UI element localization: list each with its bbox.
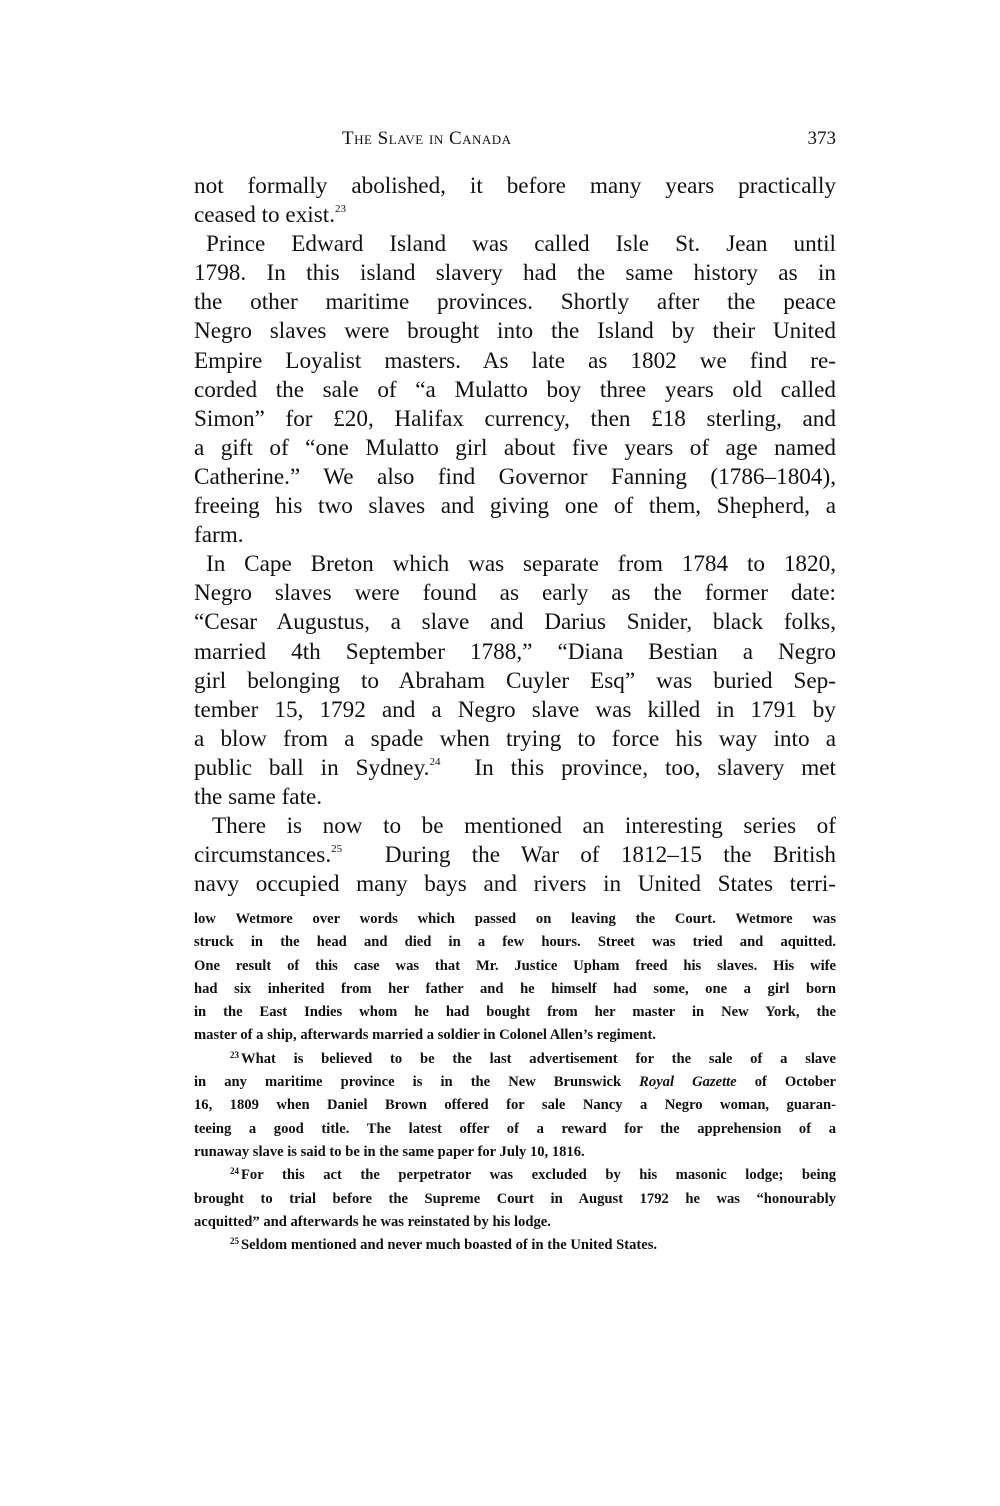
text-segment: circumstances. — [194, 842, 331, 868]
text-segment: During the War of 1812–15 the British — [385, 842, 836, 868]
footnote-line: runaway slave is said to be in the same … — [194, 1141, 836, 1164]
text-line: Negro slaves were brought into the Islan… — [194, 317, 836, 346]
footnote-line: brought to trial before the Supreme Cour… — [194, 1188, 836, 1211]
footnote-marker: 25 — [230, 1236, 239, 1246]
text-line: Negro slaves were found as early as the … — [194, 579, 836, 608]
footnote-continued: low Wetmore over words which passed on l… — [194, 908, 836, 1048]
paragraph: not formally abolished, it before many y… — [194, 172, 836, 230]
footnote-line: teeing a good title. The latest offer of… — [194, 1118, 836, 1141]
text-line: tember 15, 1792 and a Negro slave was ki… — [194, 696, 836, 725]
footnotes: low Wetmore over words which passed on l… — [194, 908, 836, 1257]
text-segment: Seldom mentioned and never much boasted … — [241, 1237, 657, 1253]
footnote-line: 25Seldom mentioned and never much boaste… — [194, 1234, 836, 1257]
footnote-line: in any maritime province is in the New B… — [194, 1071, 836, 1094]
paragraph: There is now to be mentioned an interest… — [194, 812, 836, 899]
text-segment: For this act the perpetrator was exclude… — [241, 1167, 836, 1183]
paragraph: Prince Edward Island was called Isle St.… — [194, 230, 836, 550]
footnote-line: struck in the head and died in a few hou… — [194, 931, 836, 954]
text-line: navy occupied many bays and rivers in Un… — [194, 870, 836, 899]
text-line: the same fate. — [194, 783, 836, 812]
footnote-line: 24For this act the perpetrator was exclu… — [194, 1164, 836, 1187]
text-line: girl belonging to Abraham Cuyler Esq” wa… — [194, 667, 836, 696]
text-line: the other maritime provinces. Shortly af… — [194, 288, 836, 317]
text-line: corded the sale of “a Mulatto boy three … — [194, 376, 836, 405]
text-segment: in any maritime province is in the New B… — [194, 1074, 639, 1090]
running-title: The Slave in Canada — [342, 128, 512, 150]
footnote-line: master of a ship, afterwards married a s… — [194, 1024, 836, 1047]
text-line: freeing his two slaves and giving one of… — [194, 492, 836, 521]
text-line: Prince Edward Island was called Isle St.… — [194, 230, 836, 259]
text-line: a gift of “one Mulatto girl about five y… — [194, 434, 836, 463]
text-segment: of October — [737, 1074, 836, 1090]
footnote-23: 23What is believed to be the last advert… — [194, 1048, 836, 1164]
text-segment: In this province, too, slavery met — [474, 755, 836, 781]
text-line: public ball in Sydney.24 In this provinc… — [194, 754, 836, 783]
footnote-ref[interactable]: 25 — [331, 843, 342, 855]
publication-title: Royal Gazette — [639, 1074, 737, 1090]
footnote-marker: 24 — [230, 1166, 239, 1176]
footnote-line: in the East Indies whom he had bought fr… — [194, 1001, 836, 1024]
footnote-ref[interactable]: 24 — [429, 756, 440, 768]
footnote-25: 25Seldom mentioned and never much boaste… — [194, 1234, 836, 1257]
page-number: 373 — [808, 128, 837, 150]
footnote-line: low Wetmore over words which passed on l… — [194, 908, 836, 931]
text-line: not formally abolished, it before many y… — [194, 172, 836, 201]
footnote-line: 16, 1809 when Daniel Brown offered for s… — [194, 1094, 836, 1117]
text-line: a blow from a spade when trying to force… — [194, 725, 836, 754]
footnote-24: 24For this act the perpetrator was exclu… — [194, 1164, 836, 1234]
footnote-line: 23What is believed to be the last advert… — [194, 1048, 836, 1071]
text-segment: What is believed to be the last advertis… — [241, 1051, 836, 1067]
footnote-ref[interactable]: 23 — [335, 203, 346, 215]
footnote-marker: 23 — [230, 1050, 239, 1060]
text-segment: public ball in Sydney. — [194, 755, 429, 781]
text-line: married 4th September 1788,” “Diana Best… — [194, 638, 836, 667]
footnote-line: had six inherited from her father and he… — [194, 978, 836, 1001]
text-line: Catherine.” We also find Governor Fannin… — [194, 463, 836, 492]
text-line: Simon” for £20, Halifax currency, then £… — [194, 405, 836, 434]
text-line: 1798. In this island slavery had the sam… — [194, 259, 836, 288]
text-line: In Cape Breton which was separate from 1… — [194, 550, 836, 579]
text-line: circumstances.25 During the War of 1812–… — [194, 841, 836, 870]
running-head: The Slave in Canada 373 — [194, 128, 836, 154]
text-line: There is now to be mentioned an interest… — [194, 812, 836, 841]
main-text: not formally abolished, it before many y… — [194, 172, 836, 899]
footnote-line: One result of this case was that Mr. Jus… — [194, 955, 836, 978]
text-line: Empire Loyalist masters. As late as 1802… — [194, 347, 836, 376]
text-line: “Cesar Augustus, a slave and Darius Snid… — [194, 608, 836, 637]
text-line: ceased to exist.23 — [194, 201, 836, 230]
paragraph: In Cape Breton which was separate from 1… — [194, 550, 836, 812]
text-line: farm. — [194, 521, 836, 550]
text-segment: ceased to exist. — [194, 202, 335, 228]
footnote-line: acquitted” and afterwards he was reinsta… — [194, 1211, 836, 1234]
